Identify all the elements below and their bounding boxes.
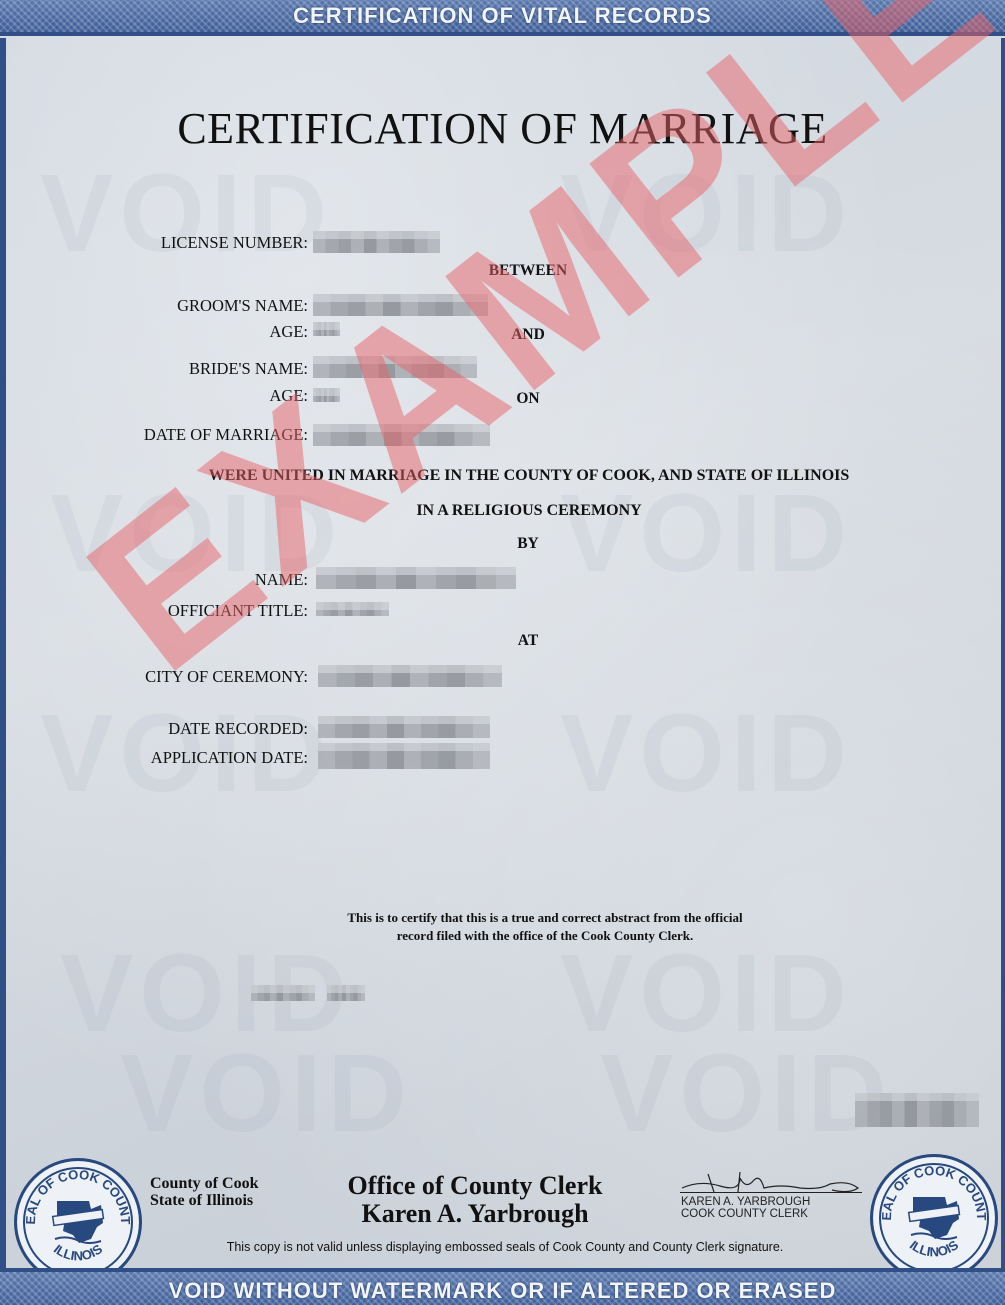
city-of-ceremony-label: CITY OF CEREMONY:: [0, 667, 308, 687]
groom-name-value-redacted: [313, 294, 488, 316]
clerk-office-block: Office of County Clerk Karen A. Yarbroug…: [300, 1172, 650, 1228]
bride-name-label: BRIDE'S NAME:: [0, 359, 308, 379]
seal-bottom-text: ILLINOIS: [907, 1237, 961, 1259]
clerk-name: Karen A. Yarbrough: [300, 1200, 650, 1228]
and-connector: AND: [428, 326, 628, 344]
date-recorded-value-redacted: [318, 716, 490, 738]
signature-name: KAREN A. YARBROUGH: [681, 1196, 810, 1208]
right-border: [1001, 38, 1005, 1268]
date-of-marriage-value-redacted: [313, 424, 490, 446]
county-seal-right: SEAL OF COOK COUNTY ILLINOIS: [870, 1154, 998, 1282]
seal-emblem-icon: SEAL OF COOK COUNTY ILLINOIS: [873, 1157, 995, 1279]
county-state-block: County of Cook State of Illinois: [150, 1175, 258, 1209]
license-number-value-redacted: [313, 231, 440, 253]
issue-number-redacted: [327, 985, 365, 1001]
signature-title: COOK COUNTY CLERK: [681, 1208, 810, 1220]
certification-line-1: This is to certify that this is a true a…: [0, 909, 1005, 927]
officiant-title-label: OFFICIANT TITLE:: [0, 601, 308, 621]
license-number-label: LICENSE NUMBER:: [0, 233, 308, 253]
groom-age-value-redacted: [313, 322, 340, 336]
on-connector: ON: [428, 390, 628, 408]
between-connector: BETWEEN: [428, 262, 628, 280]
document-title: CERTIFICATION OF MARRIAGE: [0, 103, 1005, 154]
ceremony-type: IN A RELIGIOUS CEREMONY: [0, 502, 1005, 520]
officiant-name-value-redacted: [316, 567, 516, 589]
state-name: State of Illinois: [150, 1192, 258, 1209]
county-name: County of Cook: [150, 1175, 258, 1192]
top-banner-text: CERTIFICATION OF VITAL RECORDS: [293, 3, 712, 29]
date-recorded-label: DATE RECORDED:: [0, 719, 308, 739]
signature-block: KAREN A. YARBROUGH COOK COUNTY CLERK: [681, 1196, 810, 1220]
validity-notice: This copy is not valid unless displaying…: [0, 1240, 1005, 1254]
certification-line-2: record filed with the office of the Cook…: [0, 927, 1005, 945]
bottom-banner: VOID WITHOUT WATERMARK OR IF ALTERED OR …: [0, 1268, 1005, 1305]
issue-number-redacted: [251, 985, 315, 1001]
bride-age-value-redacted: [313, 388, 340, 402]
bottom-banner-text: VOID WITHOUT WATERMARK OR IF ALTERED OR …: [169, 1278, 837, 1304]
control-number-redacted: [855, 1093, 979, 1127]
city-of-ceremony-value-redacted: [318, 665, 502, 687]
united-statement: WERE UNITED IN MARRIAGE IN THE COUNTY OF…: [0, 467, 1005, 485]
bride-name-value-redacted: [313, 356, 477, 378]
left-border: [0, 38, 6, 1268]
date-of-marriage-label: DATE OF MARRIAGE:: [0, 425, 308, 445]
bride-age-label: AGE:: [0, 386, 308, 406]
svg-text:ILLINOIS: ILLINOIS: [907, 1237, 961, 1259]
signature-line: [680, 1192, 862, 1193]
county-seal-left: SEAL OF COOK COUNTY ILLINOIS: [14, 1158, 142, 1286]
groom-name-label: GROOM'S NAME:: [0, 296, 308, 316]
officiant-name-label: NAME:: [0, 570, 308, 590]
groom-age-label: AGE:: [0, 322, 308, 342]
at-connector: AT: [428, 632, 628, 650]
certification-statement: This is to certify that this is a true a…: [0, 909, 1005, 945]
seal-emblem-icon: SEAL OF COOK COUNTY ILLINOIS: [17, 1161, 139, 1283]
application-date-value-redacted: [318, 743, 490, 769]
by-connector: BY: [428, 535, 628, 553]
office-name: Office of County Clerk: [300, 1172, 650, 1200]
top-banner: CERTIFICATION OF VITAL RECORDS: [0, 0, 1005, 36]
officiant-title-value-redacted: [316, 602, 389, 616]
application-date-label: APPLICATION DATE:: [0, 748, 308, 768]
